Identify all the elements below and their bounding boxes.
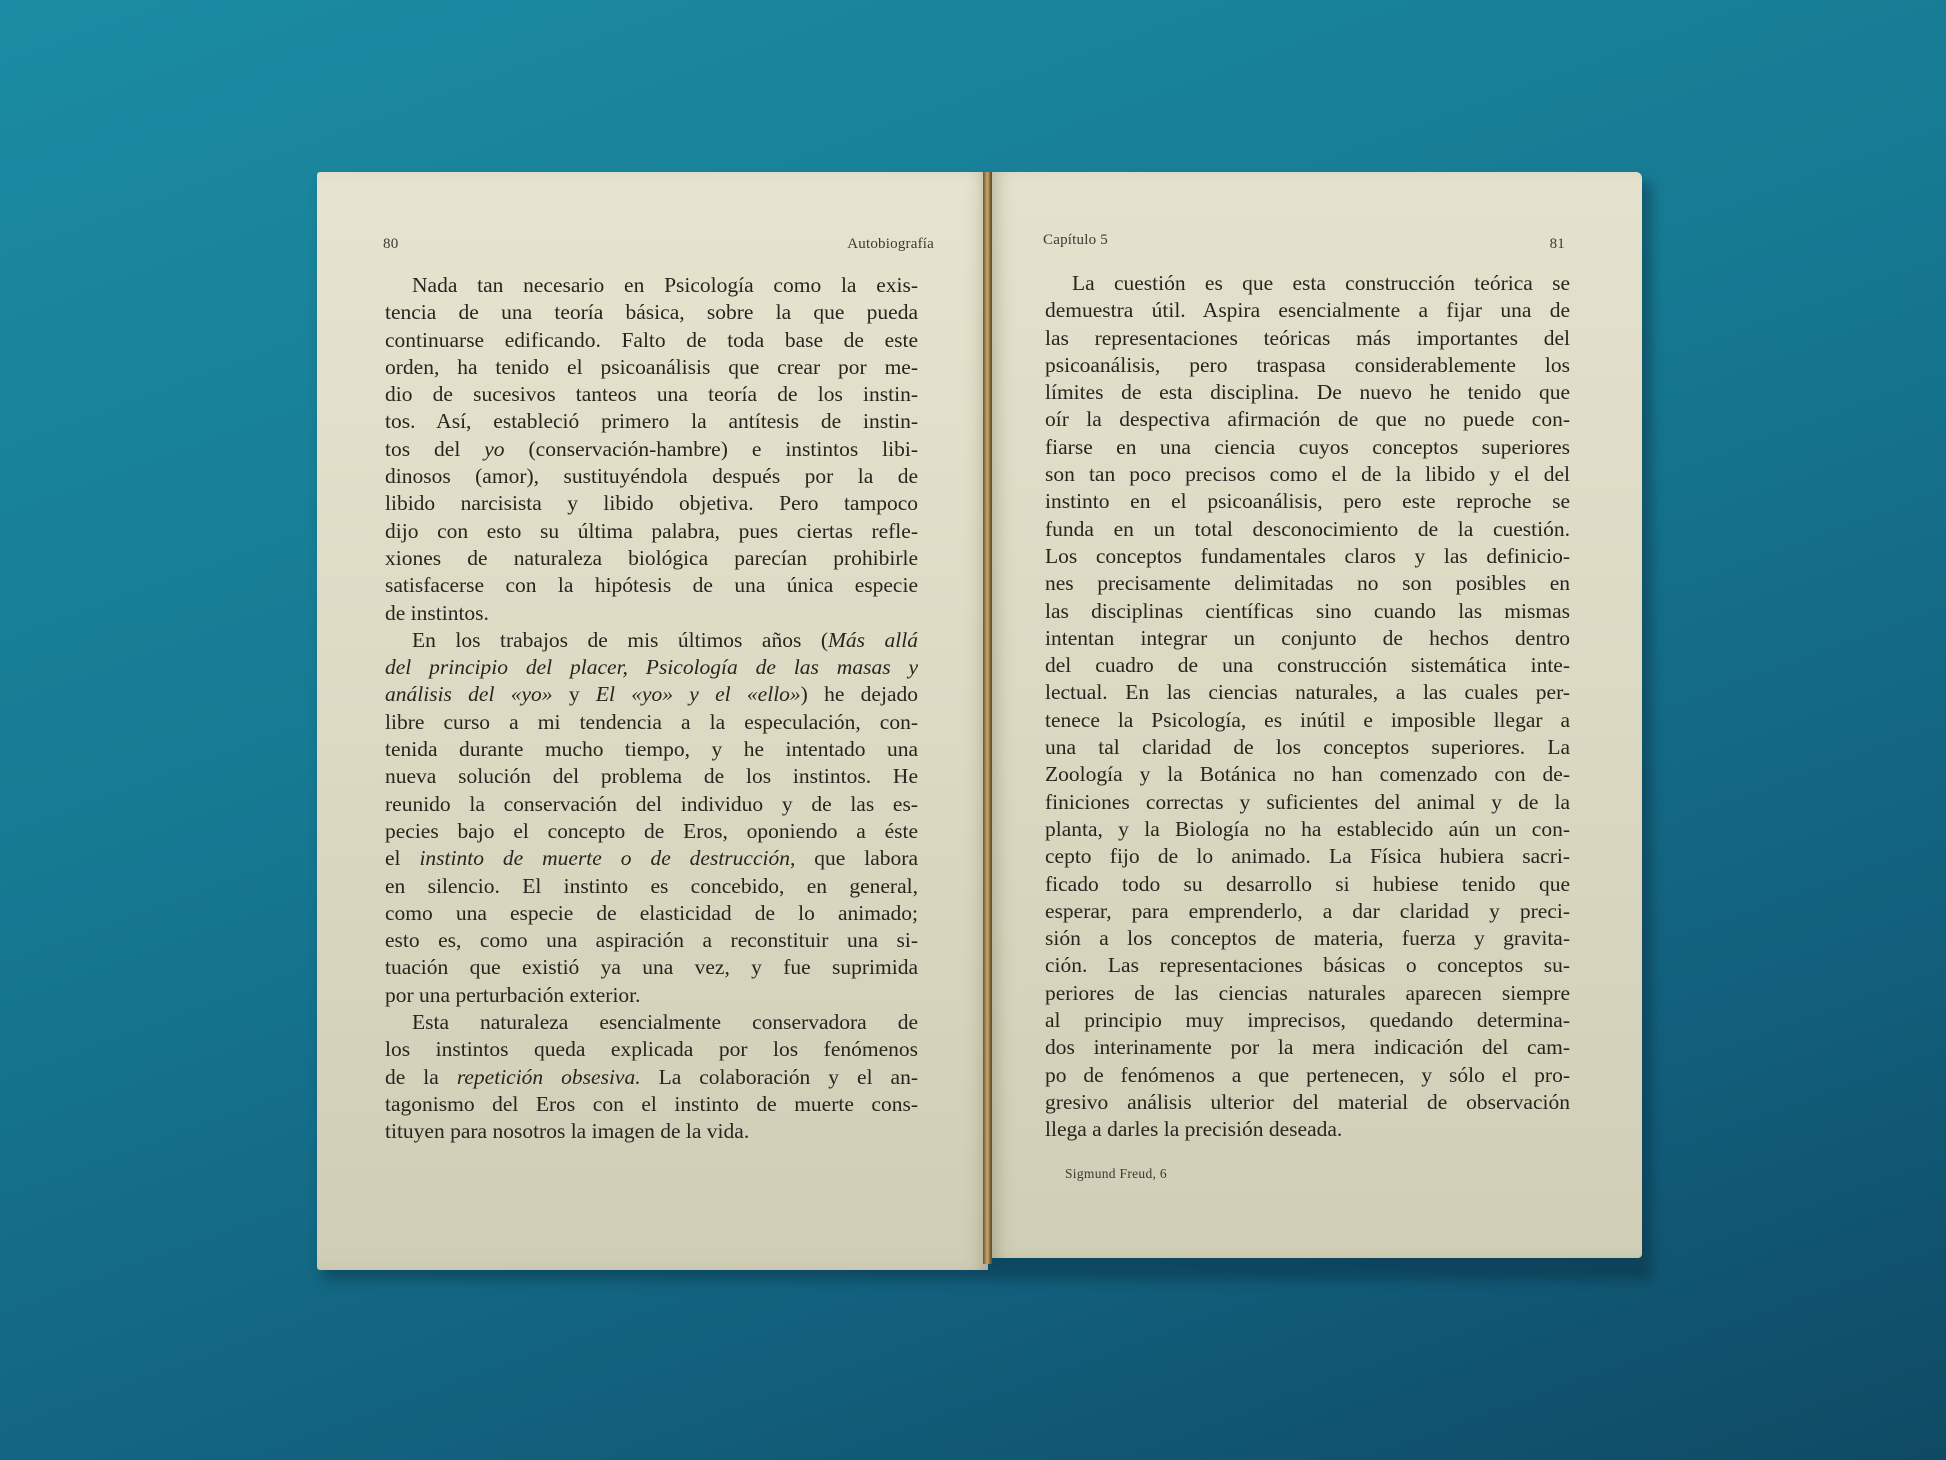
text-run: La colaboración y el an- [641,1065,918,1089]
text-line: las representaciones teóricas más import… [1045,325,1570,352]
left-page-body: Nada tan necesario en Psicología como la… [385,272,918,1146]
text-line: orden, ha tenido el psicoanálisis que cr… [385,354,918,381]
text-line: de la repetición obsesiva. La colaboraci… [385,1064,918,1091]
text-line: tenece la Psicología, es inútil e imposi… [1045,707,1570,734]
text-line: continuarse edificando. Falto de toda ba… [385,327,918,354]
running-head-left: Autobiografía [847,236,934,253]
text-line: reunido la conservación del individuo y … [385,791,918,818]
text-line: tos del yo (conservación-hambre) e insti… [385,436,918,463]
text-line: periores de las ciencias naturales apare… [1045,980,1570,1007]
text-line: Esta naturaleza esencialmente conservado… [385,1009,918,1036]
text-line: La cuestión es que esta construcción teó… [1045,270,1570,297]
text-line: como una especie de elasticidad de lo an… [385,900,918,927]
text-line: dijo con esto su última palabra, pues ci… [385,518,918,545]
text-line: finiciones correctas y suficientes del a… [1045,789,1570,816]
text-line: llega a darles la precisión deseada. [1045,1116,1570,1143]
text-line: tos. Así, estableció primero la antítesi… [385,408,918,435]
text-line: ción. Las representaciones básicas o con… [1045,952,1570,979]
text-line: intentan integrar un conjunto de hechos … [1045,625,1570,652]
text-run: y [569,682,596,706]
text-line: son tan poco precisos como el de la libi… [1045,461,1570,488]
text-line: en silencio. El instinto es concebido, e… [385,873,918,900]
text-run: ) he dejado [801,682,918,706]
text-run: (conservación-hambre) e instintos libi- [505,437,918,461]
text-line: cepto fijo de lo animado. La Física hubi… [1045,843,1570,870]
text-line: del cuadro de una construcción sistemáti… [1045,652,1570,679]
text-line: Los conceptos fundamentales claros y las… [1045,543,1570,570]
text-line: instinto en el psicoanálisis, pero este … [1045,488,1570,515]
italic-title: yo [484,437,504,461]
text-line: funda en un total desconocimiento de la … [1045,516,1570,543]
text-line: análisis del «yo» y El «yo» y el «ello»)… [385,681,918,708]
text-line: satisfacerse con la hipótesis de una úni… [385,572,918,599]
text-run: tos del [385,437,484,461]
text-line: libre curso a mi tendencia a la especula… [385,709,918,736]
text-line: esperar, para emprenderlo, a dar clarida… [1045,898,1570,925]
text-line: tencia de una teoría básica, sobre la qu… [385,299,918,326]
text-line: ficado todo su desarrollo si hubiese ten… [1045,871,1570,898]
text-line: las disciplinas científicas sino cuando … [1045,598,1570,625]
italic-title: del principio del placer, Psicología de … [385,655,918,679]
text-line: por una perturbación exterior. [385,982,918,1009]
italic-title: análisis del «yo» [385,682,569,706]
text-line: fiarse en una ciencia cuyos conceptos su… [1045,434,1570,461]
page-number-left: 80 [383,236,398,253]
book-spine-gutter [983,172,992,1264]
text-line: de instintos. [385,600,918,627]
text-line: del principio del placer, Psicología de … [385,654,918,681]
text-line: libido narcisista y libido objetiva. Per… [385,490,918,517]
text-line: sión a los conceptos de materia, fuerza … [1045,925,1570,952]
text-line: Nada tan necesario en Psicología como la… [385,272,918,299]
text-line: pecies bajo el concepto de Eros, oponien… [385,818,918,845]
text-line: tagonismo del Eros con el instinto de mu… [385,1091,918,1118]
left-page: 80 Autobiografía Nada tan necesario en P… [317,172,988,1270]
text-line: xiones de naturaleza biológica parecían … [385,545,918,572]
text-line: tenida durante mucho tiempo, y he intent… [385,736,918,763]
text-run: el [385,846,419,870]
text-line: nes precisamente delimitadas no son posi… [1045,570,1570,597]
italic-title: repetición obsesiva. [457,1065,641,1089]
text-line: En los trabajos de mis últimos años (Más… [385,627,918,654]
running-head-right: Capítulo 5 [1043,232,1108,249]
text-line: el instinto de muerte o de destrucción, … [385,845,918,872]
page-number-right: 81 [1550,236,1565,253]
printer-signature-mark: Sigmund Freud, 6 [1065,1166,1167,1182]
italic-title: instinto de muerte o de destrucción, [419,846,795,870]
text-line: los instintos queda explicada por los fe… [385,1036,918,1063]
text-line: al principio muy imprecisos, quedando de… [1045,1007,1570,1034]
text-line: una tal claridad de los conceptos superi… [1045,734,1570,761]
text-run: de la [385,1065,457,1089]
text-run: que labora [795,846,918,870]
right-page-body: La cuestión es que esta construcción teó… [1045,270,1570,1144]
italic-title: Más allá [828,628,918,652]
text-line: nueva solución del problema de los insti… [385,763,918,790]
text-line: tuación que existió ya una vez, y fue su… [385,954,918,981]
text-line: gresivo análisis ulterior del material d… [1045,1089,1570,1116]
text-line: tituyen para nosotros la imagen de la vi… [385,1118,918,1145]
text-line: planta, y la Biología no ha establecido … [1045,816,1570,843]
text-line: dos interinamente por la mera indicación… [1045,1034,1570,1061]
right-page: Capítulo 5 81 La cuestión es que esta co… [991,172,1642,1258]
text-line: esto es, como una aspiración a reconstit… [385,927,918,954]
italic-title: El «yo» y el «ello» [596,682,801,706]
text-line: lectual. En las ciencias naturales, a la… [1045,679,1570,706]
text-line: límites de esta disciplina. De nuevo he … [1045,379,1570,406]
text-line: demuestra útil. Aspira esencialmente a f… [1045,297,1570,324]
text-line: po de fenómenos a que pertenecen, y sólo… [1045,1062,1570,1089]
text-line: oír la despectiva afirmación de que no p… [1045,406,1570,433]
text-line: psicoanálisis, pero traspasa considerabl… [1045,352,1570,379]
text-line: Zoología y la Botánica no han comenzado … [1045,761,1570,788]
text-run: En los trabajos de mis últimos años ( [412,628,828,652]
text-line: dio de sucesivos tanteos una teoría de l… [385,381,918,408]
text-line: dinosos (amor), sustituyéndola después p… [385,463,918,490]
